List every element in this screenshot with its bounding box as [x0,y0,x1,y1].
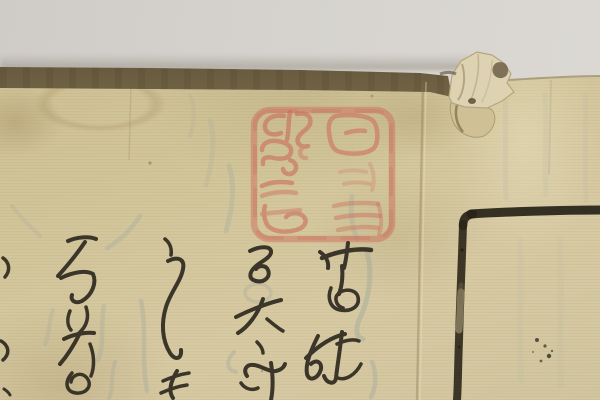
calligraphy-column-4 [58,237,96,393]
red-seal-stamp [254,110,392,239]
photo-of-manuscript [0,0,600,400]
seal-script-left [262,112,310,232]
calligraphy [1,237,371,400]
torn-paper-flap [440,52,514,137]
ink-specks [148,95,553,373]
calligraphy-column-3 [161,239,189,398]
photo-detail-layer [0,0,600,400]
calligraphy-column-2 [236,247,285,400]
paper-edge-line [509,76,600,80]
seal-script-right [329,115,381,234]
calligraphy-column-5 [1,258,10,395]
printed-page-frame [457,210,600,400]
